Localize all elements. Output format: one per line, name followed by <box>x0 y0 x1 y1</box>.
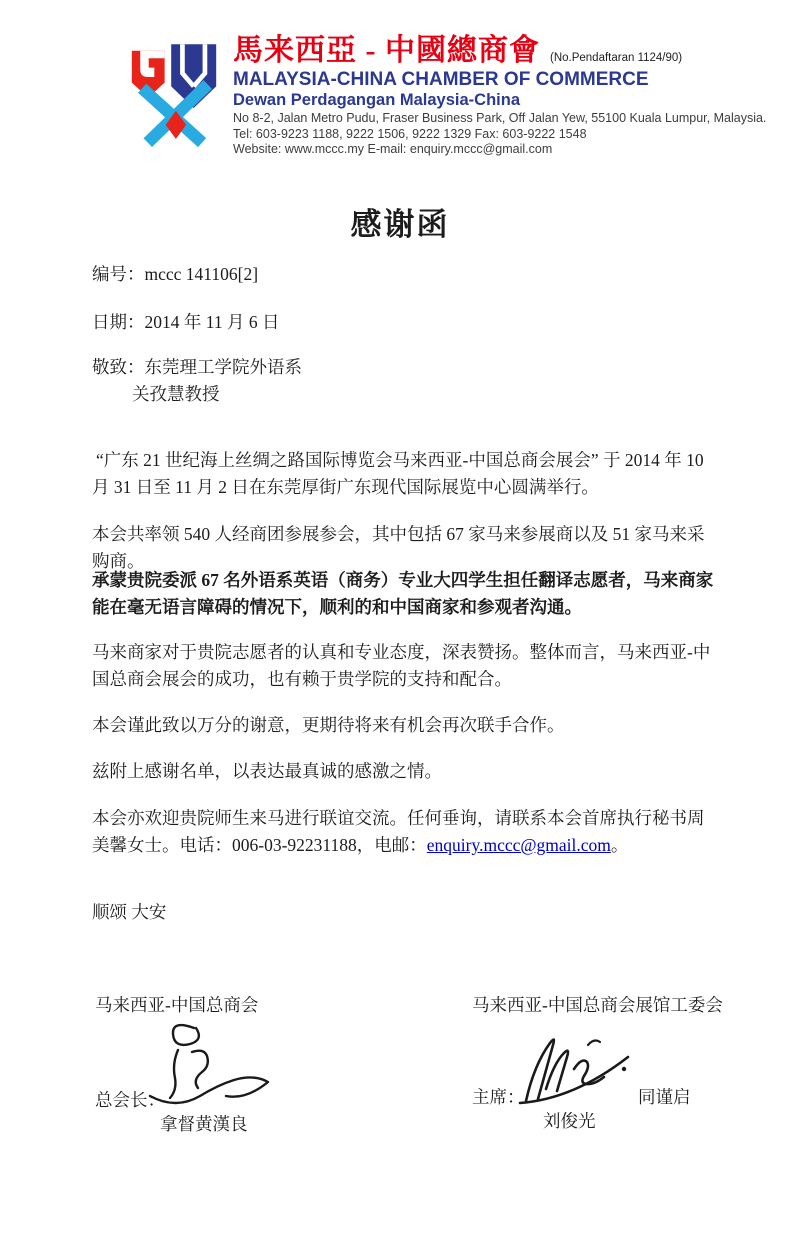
paragraph-event: “广东 21 世纪海上丝绸之路国际博览会马来西亚-中国总商会展会” 于 2014… <box>92 447 714 501</box>
email-link[interactable]: enquiry.mccc@gmail.com <box>427 835 611 855</box>
recipient-line-2: 关孜慧教授 <box>92 381 714 408</box>
recipient-line-1: 敬致：东莞理工学院外语系 <box>92 354 714 381</box>
website-email-line: Website: www.mccc.my E-mail: enquiry.mcc… <box>233 142 793 157</box>
tel-fax-line: Tel: 603-9223 1188, 9222 1506, 9222 1329… <box>233 127 793 142</box>
paragraph-thanks: 本会谨此致以万分的谢意，更期待将来有机会再次联手合作。 <box>92 712 714 739</box>
paragraph-attachment: 兹附上感谢名单，以表达最真诚的感激之情。 <box>92 758 714 785</box>
signer-role-right: 主席： <box>472 1085 525 1109</box>
mccc-logo-icon <box>129 36 219 148</box>
signer-name-left: 拿督黄漢良 <box>160 1112 248 1136</box>
paragraph-volunteers: 承蒙贵院委派 67 名外语系英语（商务）专业大四学生担任翻译志愿者，马来商家能在… <box>92 567 714 621</box>
signer-org-left: 马来西亚-中国总商会 <box>95 993 258 1017</box>
paragraph-contact: 本会亦欢迎贵院师生来马进行联谊交流。任何垂询，请联系本会首席执行秘书周美馨女士。… <box>92 805 714 859</box>
letter-page: 馬来西亞 - 中國總商會 (No.Pendaftaran 1124/90) MA… <box>0 0 800 1258</box>
letterhead-text: 馬来西亞 - 中國總商會 (No.Pendaftaran 1124/90) MA… <box>233 36 793 157</box>
signer-name-right: 刘俊光 <box>543 1109 596 1133</box>
address-line: No 8-2, Jalan Metro Pudu, Fraser Busines… <box>233 111 793 126</box>
calligraphy-org-name: 馬来西亞 - 中國總商會 <box>233 36 540 66</box>
contact-text-after: 。 <box>611 835 629 855</box>
signer-org-right: 马来西亚-中国总商会展馆工委会 <box>472 993 723 1017</box>
org-name-en: MALAYSIA-CHINA CHAMBER OF COMMERCE <box>233 69 793 90</box>
paragraph-praise: 马来商家对于贵院志愿者的认真和专业态度，深表赞扬。整体而言，马来西亚-中国总商会… <box>92 639 714 693</box>
signature-note: 同谨启 <box>638 1085 691 1109</box>
signer-role-left: 总会长： <box>95 1088 165 1112</box>
org-name-ms: Dewan Perdagangan Malaysia-China <box>233 90 793 110</box>
closing-salutation: 顺颂 大安 <box>92 899 714 926</box>
reference-line: 编号：mccc 141106[2] <box>92 261 714 288</box>
registration-number: (No.Pendaftaran 1124/90) <box>550 52 682 66</box>
letter-title: 感谢函 <box>0 207 800 243</box>
letterhead: 馬来西亞 - 中國總商會 (No.Pendaftaran 1124/90) MA… <box>129 36 793 157</box>
date-line: 日期：2014 年 11 月 6 日 <box>92 309 714 336</box>
signature-right <box>512 1025 642 1109</box>
recipient-block: 敬致：东莞理工学院外语系 关孜慧教授 <box>92 354 714 408</box>
